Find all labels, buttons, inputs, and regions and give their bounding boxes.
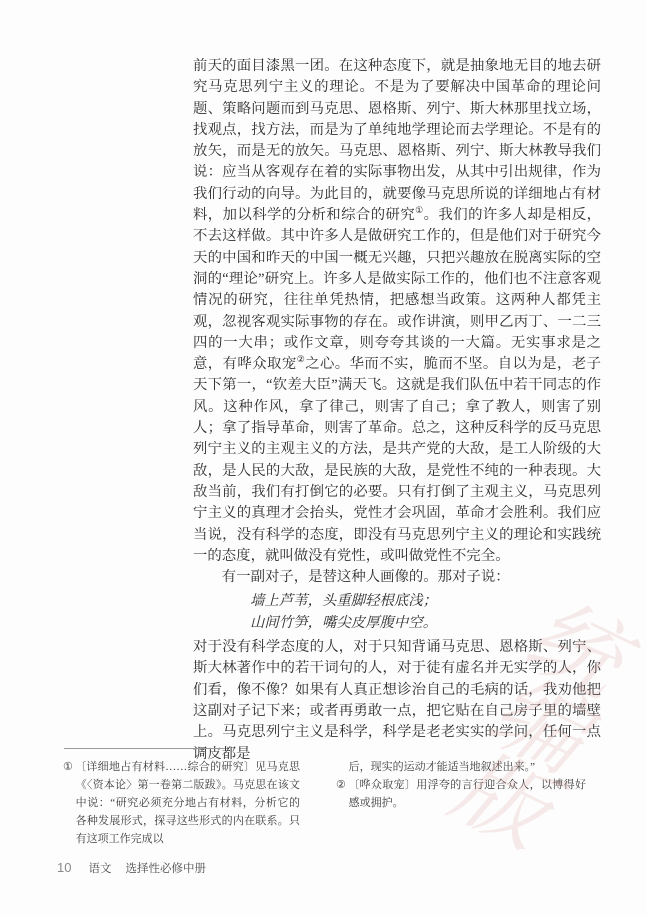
paragraph-1-text: 。我们的许多人却是相反，不去这样做。其中许多人是做研究工作的，但是他们对于研究今… bbox=[193, 207, 601, 372]
footer-volume: 选择性必修中册 bbox=[125, 860, 206, 876]
footnote-2: ②〔哗众取宠〕用浮夸的言行迎合众人，以博得好感或拥护。 bbox=[336, 776, 586, 812]
page-number: 10 bbox=[57, 860, 71, 875]
footnote-1: ①〔详细地占有材料……综合的研究〕见马克思《〈资本论〉第一卷第二版跋》。马克思在… bbox=[63, 758, 300, 848]
footnote-ref-1: ① bbox=[415, 205, 424, 215]
paragraph-1-text: 前天的面目漆黑一团。在这种态度下，就是抽象地无目的地去研究马克思列宁主义的理论。… bbox=[193, 58, 601, 223]
footer-subject: 语文 bbox=[88, 860, 111, 876]
footnote-column-right: 后，现实的运动才能适当地叙述出来。” ②〔哗众取宠〕用浮夸的言行迎合众人，以博得… bbox=[336, 758, 586, 848]
body-text-column: 前天的面目漆黑一团。在这种态度下，就是抽象地无目的地去研究马克思列宁主义的理论。… bbox=[193, 56, 601, 765]
couplet-line-2: 山间竹笋，嘴尖皮厚腹中空。 bbox=[250, 613, 601, 634]
footnote-columns: ①〔详细地占有材料……综合的研究〕见马克思《〈资本论〉第一卷第二版跋》。马克思在… bbox=[63, 758, 586, 848]
footnote-divider bbox=[64, 748, 224, 749]
footnote-1-continuation: 后，现实的运动才能适当地叙述出来。” bbox=[336, 758, 586, 776]
paragraph-1: 前天的面目漆黑一团。在这种态度下，就是抽象地无目的地去研究马克思列宁主义的理论。… bbox=[193, 56, 601, 567]
couplet: 墙上芦苇，头重脚轻根底浅； 山间竹笋，嘴尖皮厚腹中空。 bbox=[250, 591, 601, 634]
footnote-2-text: 〔哗众取宠〕用浮夸的言行迎合众人，以博得好感或拥护。 bbox=[348, 779, 586, 809]
textbook-page: 前天的面目漆黑一团。在这种态度下，就是抽象地无目的地去研究马克思列宁主义的理论。… bbox=[0, 0, 647, 916]
paragraph-3: 对于没有科学态度的人，对于只知背诵马克思、恩格斯、列宁、斯大林著作中的若干词句的… bbox=[193, 637, 601, 765]
footnotes-section: ①〔详细地占有材料……综合的研究〕见马克思《〈资本论〉第一卷第二版跋》。马克思在… bbox=[63, 748, 586, 848]
footnote-ref-2: ② bbox=[297, 354, 306, 364]
paragraph-2: 有一副对子，是替这种人画像的。那对子说： bbox=[193, 567, 601, 588]
page-footer: 10 语文 选择性必修中册 bbox=[57, 860, 206, 876]
couplet-line-1: 墙上芦苇，头重脚轻根底浅； bbox=[250, 591, 601, 612]
footnote-1-marker: ① bbox=[63, 761, 73, 773]
paragraph-1-text: 之心。华而不实，脆而不坚。自以为是，老子天下第一，“钦差大臣”满天飞。这就是我们… bbox=[193, 356, 601, 564]
footnote-1-text: 〔详细地占有材料……综合的研究〕见马克思《〈资本论〉第一卷第二版跋》。马克思在该… bbox=[75, 761, 300, 845]
footnote-column-left: ①〔详细地占有材料……综合的研究〕见马克思《〈资本论〉第一卷第二版跋》。马克思在… bbox=[63, 758, 300, 848]
footnote-2-marker: ② bbox=[336, 779, 346, 791]
